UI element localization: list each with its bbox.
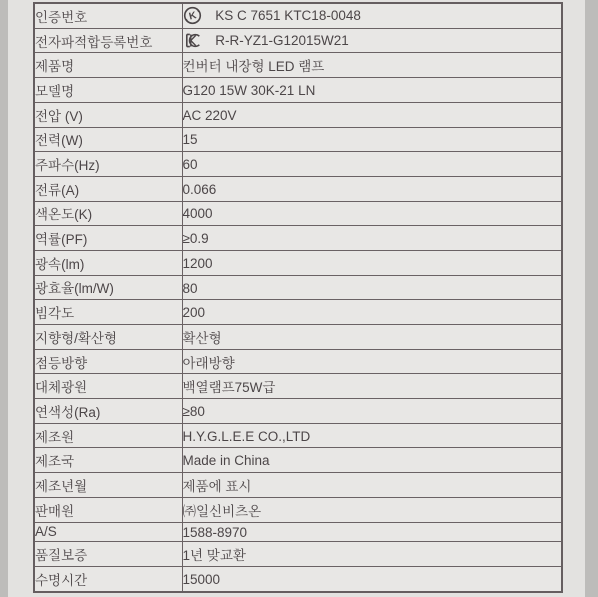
spec-label: 지향형/확산형	[34, 325, 182, 350]
kc-mark-icon	[183, 31, 202, 50]
spec-value: 확산형	[182, 325, 562, 350]
spec-value-text: 1588-8970	[183, 525, 248, 540]
spec-label: 광효율(lm/W)	[34, 275, 182, 300]
spec-label: A/S	[34, 522, 182, 542]
spec-value: 백열램프75W급	[182, 374, 562, 399]
spec-value-text: G120 15W 30K-21 LN	[183, 83, 316, 98]
product-spec-table: 인증번호 K KS C 7651 KTC18-0048 전자파적합등록번호 R-…	[33, 2, 563, 593]
spec-value: 컨버터 내장형 LED 램프	[182, 53, 562, 78]
spec-label: 전력(W)	[34, 127, 182, 152]
table-row: 주파수(Hz) 60	[34, 152, 562, 177]
spec-value-text: ≥0.9	[183, 231, 209, 246]
svg-text:K: K	[187, 10, 197, 23]
spec-label: 주파수(Hz)	[34, 152, 182, 177]
table-row: 전력(W) 15	[34, 127, 562, 152]
spec-value-text: 1200	[183, 256, 213, 271]
spec-table-body: 인증번호 K KS C 7651 KTC18-0048 전자파적합등록번호 R-…	[34, 3, 562, 592]
spec-value: K KS C 7651 KTC18-0048	[182, 3, 562, 28]
spec-label: 제조원	[34, 423, 182, 448]
table-row: 수명시간 15000	[34, 567, 562, 592]
spec-value-text: 0.066	[183, 182, 217, 197]
spec-value-text: 60	[183, 157, 198, 172]
spec-value-text: ㈜일신비츠온	[183, 504, 262, 519]
spec-value-text: ≥80	[183, 404, 205, 419]
spec-value-text: 1년 맞교환	[183, 548, 246, 563]
table-row: 광효율(lm/W) 80	[34, 275, 562, 300]
spec-value: 80	[182, 275, 562, 300]
spec-value-text: 제품에 표시	[183, 479, 252, 494]
spec-label: 색온도(K)	[34, 201, 182, 226]
table-row: 제조원 H.Y.G.L.E.E CO.,LTD	[34, 423, 562, 448]
spec-value-text: AC 220V	[183, 108, 237, 123]
spec-label: 역률(PF)	[34, 226, 182, 251]
spec-value: Made in China	[182, 448, 562, 473]
spec-label: 제조년월	[34, 473, 182, 498]
spec-value-text: 확산형	[183, 331, 222, 346]
spec-value-text: 아래방향	[183, 356, 235, 371]
table-row: 전류(A) 0.066	[34, 176, 562, 201]
spec-label: 품질보증	[34, 542, 182, 567]
page-background: 인증번호 K KS C 7651 KTC18-0048 전자파적합등록번호 R-…	[0, 0, 598, 597]
table-row: 색온도(K) 4000	[34, 201, 562, 226]
spec-value: AC 220V	[182, 102, 562, 127]
spec-label: 수명시간	[34, 567, 182, 592]
table-row: 연색성(Ra) ≥80	[34, 399, 562, 424]
spec-value-text: 15	[183, 132, 198, 147]
spec-value: 아래방향	[182, 349, 562, 374]
spec-value-text: R-R-YZ1-G12015W21	[215, 33, 349, 48]
table-row: 역률(PF) ≥0.9	[34, 226, 562, 251]
table-row: A/S 1588-8970	[34, 522, 562, 542]
spec-value: H.Y.G.L.E.E CO.,LTD	[182, 423, 562, 448]
spec-value-text: 백열램프75W급	[183, 380, 276, 395]
spec-value-text: KS C 7651 KTC18-0048	[215, 8, 361, 23]
spec-label: 제조국	[34, 448, 182, 473]
spec-value-text: 컨버터 내장형 LED 램프	[183, 59, 325, 74]
table-row: 판매원 ㈜일신비츠온	[34, 497, 562, 522]
spec-value-text: 15000	[183, 572, 221, 587]
spec-value: 0.066	[182, 176, 562, 201]
table-row: 전자파적합등록번호 R-R-YZ1-G12015W21	[34, 28, 562, 53]
table-row: 제조국 Made in China	[34, 448, 562, 473]
table-row: 제조년월 제품에 표시	[34, 473, 562, 498]
spec-label: 연색성(Ra)	[34, 399, 182, 424]
spec-value: 4000	[182, 201, 562, 226]
spec-value-text: 4000	[183, 206, 213, 221]
spec-label: 인증번호	[34, 3, 182, 28]
ks-mark-icon: K	[183, 6, 202, 25]
spec-label: 대체광원	[34, 374, 182, 399]
spec-label: 전압 (V)	[34, 102, 182, 127]
spec-value: 1200	[182, 250, 562, 275]
spec-value: 제품에 표시	[182, 473, 562, 498]
spec-value: G120 15W 30K-21 LN	[182, 78, 562, 103]
spec-label: 판매원	[34, 497, 182, 522]
table-row: 점등방향 아래방향	[34, 349, 562, 374]
spec-value-text: 80	[183, 280, 198, 295]
table-row: 대체광원 백열램프75W급	[34, 374, 562, 399]
spec-value: ≥80	[182, 399, 562, 424]
spec-value: 15	[182, 127, 562, 152]
spec-value: R-R-YZ1-G12015W21	[182, 28, 562, 53]
spec-value: ≥0.9	[182, 226, 562, 251]
table-row: 빔각도 200	[34, 300, 562, 325]
spec-value: 15000	[182, 567, 562, 592]
spec-label-sheet: 인증번호 K KS C 7651 KTC18-0048 전자파적합등록번호 R-…	[8, 0, 585, 597]
table-row: 인증번호 K KS C 7651 KTC18-0048	[34, 3, 562, 28]
spec-label: 모델명	[34, 78, 182, 103]
spec-value: 1년 맞교환	[182, 542, 562, 567]
spec-label: 점등방향	[34, 349, 182, 374]
spec-value-text: 200	[183, 305, 206, 320]
spec-value-text: Made in China	[183, 453, 270, 468]
table-row: 지향형/확산형 확산형	[34, 325, 562, 350]
spec-label: 제품명	[34, 53, 182, 78]
table-row: 광속(lm) 1200	[34, 250, 562, 275]
spec-value: 200	[182, 300, 562, 325]
spec-value-text: H.Y.G.L.E.E CO.,LTD	[183, 429, 311, 444]
table-row: 전압 (V) AC 220V	[34, 102, 562, 127]
spec-label: 전류(A)	[34, 176, 182, 201]
spec-label: 광속(lm)	[34, 250, 182, 275]
spec-label: 전자파적합등록번호	[34, 28, 182, 53]
table-row: 모델명 G120 15W 30K-21 LN	[34, 78, 562, 103]
spec-value: 60	[182, 152, 562, 177]
table-row: 제품명 컨버터 내장형 LED 램프	[34, 53, 562, 78]
spec-value: 1588-8970	[182, 522, 562, 542]
table-row: 품질보증 1년 맞교환	[34, 542, 562, 567]
spec-value: ㈜일신비츠온	[182, 497, 562, 522]
spec-label: 빔각도	[34, 300, 182, 325]
